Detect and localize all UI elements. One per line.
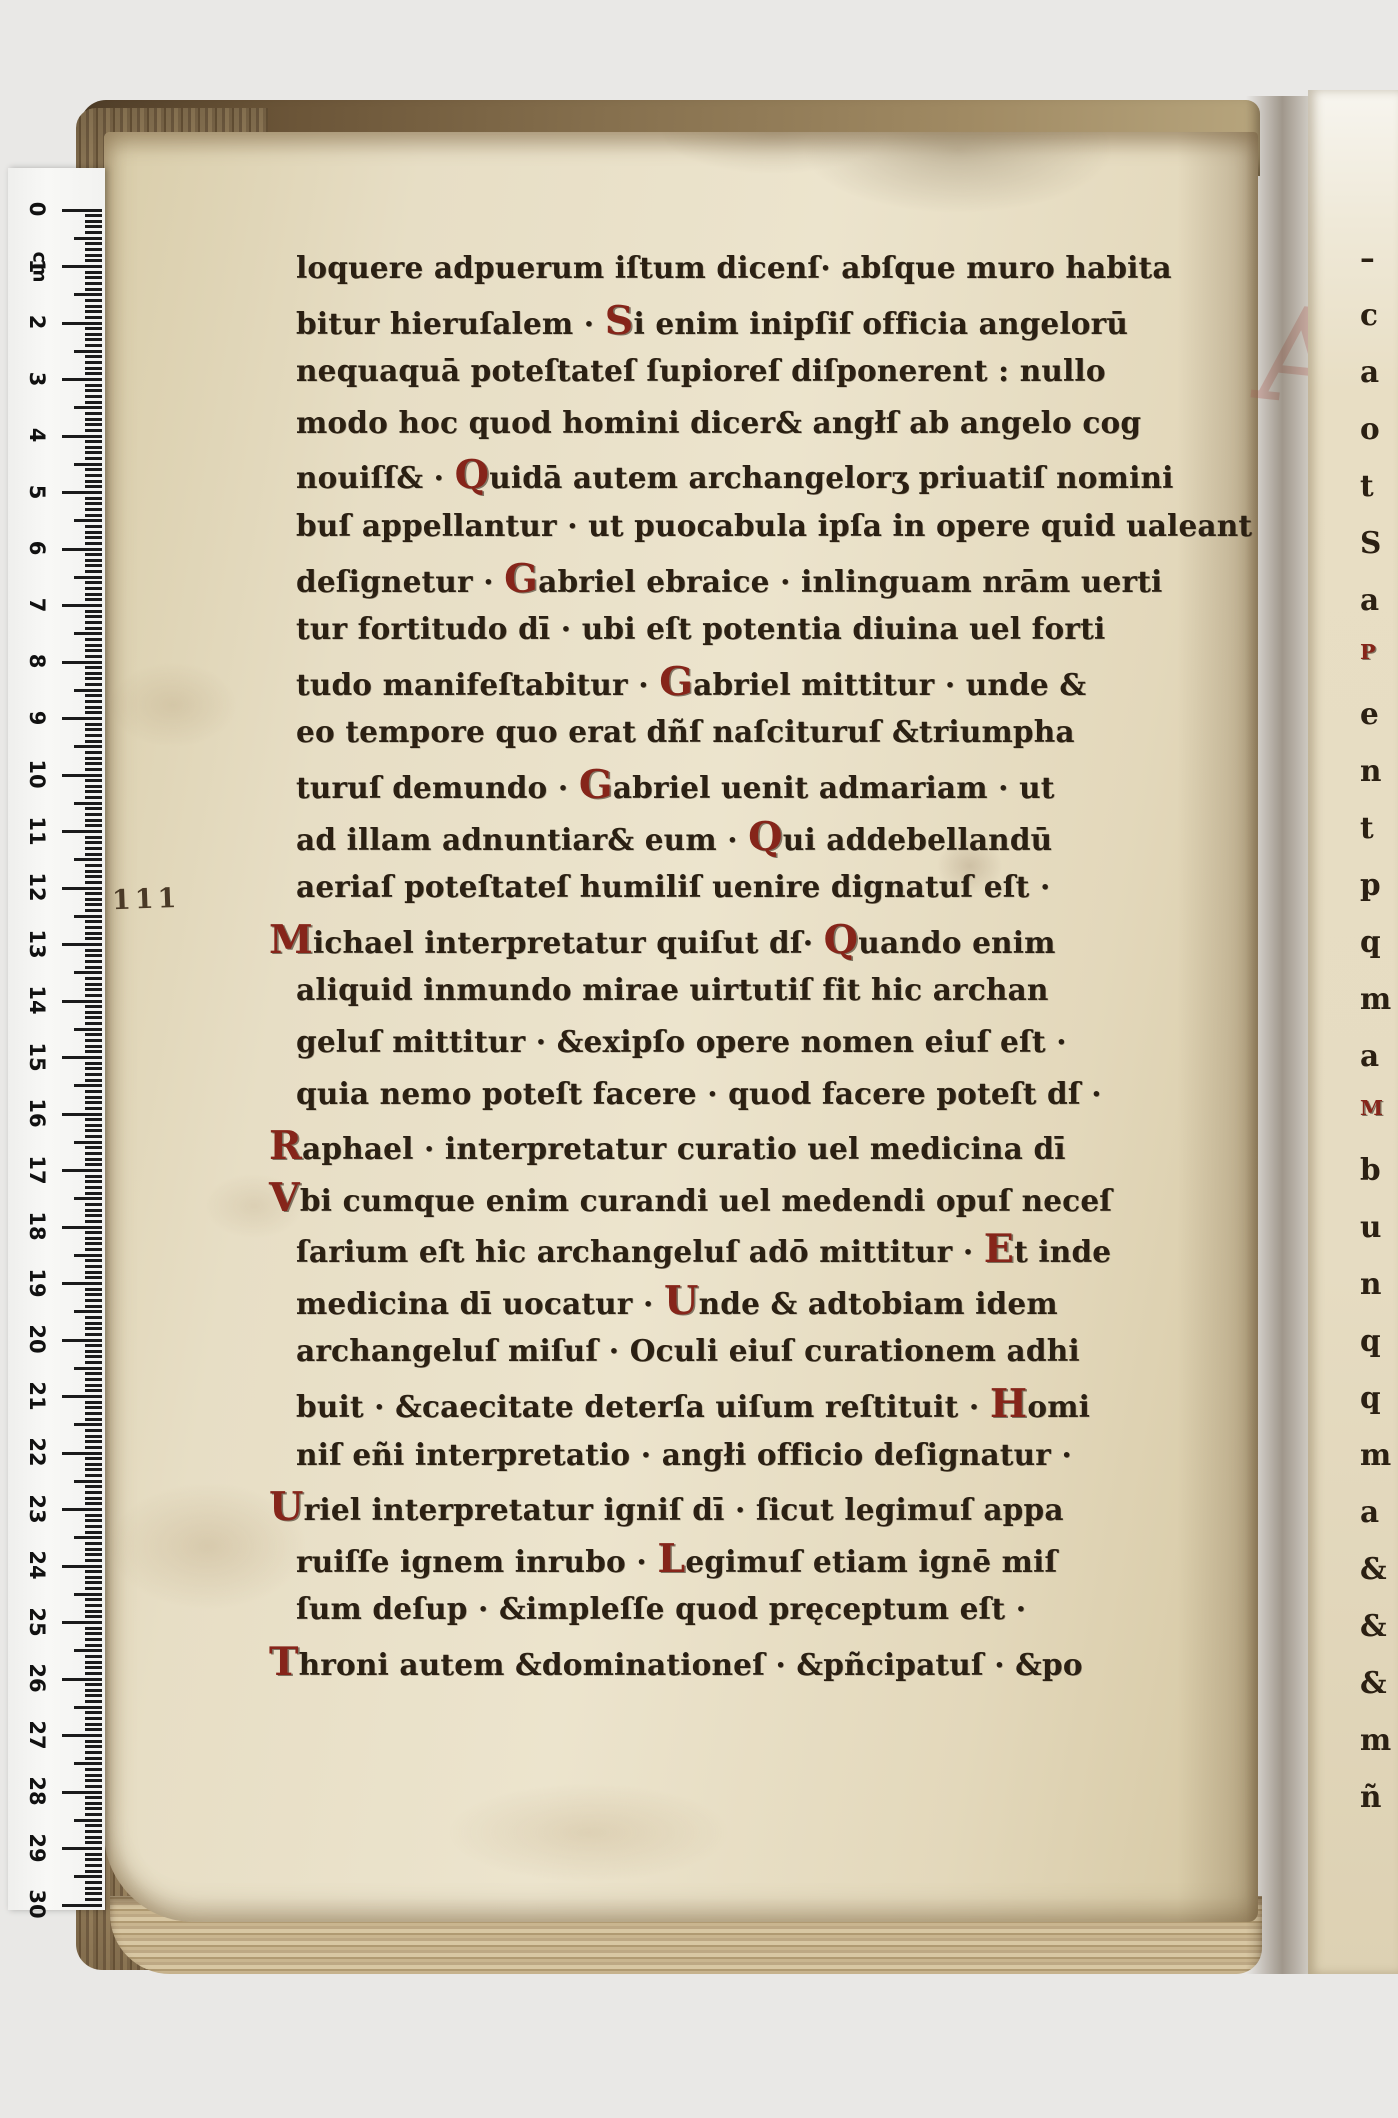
- ruler-tick: [85, 355, 102, 358]
- ruler-number: 14: [25, 985, 49, 1015]
- text-run: riel interpretatur igniſ dī · ſicut legi…: [304, 1492, 1064, 1527]
- ruler-tick: [74, 406, 102, 409]
- ruler-tick: [85, 1807, 102, 1810]
- ruler-tick: [85, 644, 102, 647]
- fragment-letter: m: [1360, 1437, 1391, 1472]
- ruler-tick: [85, 768, 102, 771]
- ruler-tick: [85, 1435, 102, 1438]
- ruler-tick: [85, 389, 102, 392]
- ruler-tick: [85, 384, 102, 387]
- ruler-number: 10: [25, 759, 49, 789]
- ruler-tick: [62, 378, 102, 381]
- ruler-tick: [74, 689, 102, 692]
- ruler-tick: [74, 1084, 102, 1087]
- ruler-tick: [85, 824, 102, 827]
- ruler-tick: [85, 553, 102, 556]
- ruler-tick: [85, 1344, 102, 1347]
- ruler-tick: [85, 1203, 102, 1206]
- ruler-tick: [74, 1536, 102, 1539]
- ruler-tick: [85, 1384, 102, 1387]
- ruler-tick: [85, 1474, 102, 1477]
- text-run: omi: [1027, 1389, 1090, 1424]
- ruler-tick: [85, 1429, 102, 1432]
- text-run: abriel ebraice · inlinguam nrām uerti: [538, 564, 1162, 599]
- text-line: aliquid inmundo mirae uirtutiſ fit hic a…: [296, 972, 996, 1024]
- ruler-tick: [62, 1847, 102, 1850]
- ruler: cm 0123456789101112131415161718192021222…: [8, 168, 105, 1910]
- text-run: uidā autem archangelorʒ priuatiſ nomini: [489, 460, 1173, 495]
- ruler-tick: [85, 1163, 102, 1166]
- ruler-number: 30: [25, 1889, 49, 1919]
- ruler-tick: [85, 502, 102, 505]
- ruler-tick: [85, 1237, 102, 1240]
- ruler-tick: [85, 1531, 102, 1534]
- ruler-tick: [85, 1124, 102, 1127]
- text-run: nde & adtobiam idem: [699, 1286, 1058, 1321]
- ruler-tick: [62, 1791, 102, 1794]
- ruler-tick: [85, 225, 102, 228]
- ruler-tick: [85, 954, 102, 957]
- text-line: niſ eñi interpretatio · angłi officio de…: [296, 1437, 996, 1489]
- ruler-tick: [85, 983, 102, 986]
- ruler-tick: [85, 1062, 102, 1065]
- ruler-tick: [85, 1005, 102, 1008]
- text-line: turuſ demundo · Gabriel uenit admariam ·…: [296, 766, 996, 818]
- ruler-tick: [85, 1853, 102, 1856]
- ruler-tick: [85, 468, 102, 471]
- ruler-tick: [85, 1118, 102, 1121]
- text-run: loquere adpuerum iſtum dicenſ· abſque mu…: [296, 250, 1172, 285]
- text-line: tudo manifeſtabitur · Gabriel mittitur ·…: [296, 663, 996, 715]
- ruler-tick: [85, 1457, 102, 1460]
- ruler-tick: [62, 1339, 102, 1342]
- ruler-tick: [85, 564, 102, 567]
- ruler-tick: [85, 231, 102, 234]
- ruler-number: 19: [25, 1268, 49, 1298]
- ruler-tick: [85, 1638, 102, 1641]
- ruler-tick: [85, 666, 102, 669]
- fragment-letter: t: [1360, 468, 1374, 503]
- ruler-tick: [85, 220, 102, 223]
- ruler-tick: [62, 265, 102, 268]
- fragment-letter: t: [1360, 810, 1374, 845]
- text-line: Throni autem &dominationeſ · &pñcipatuſ …: [269, 1643, 996, 1695]
- text-run: tur fortitudo dī · ubi eſt potentia diui…: [296, 611, 1105, 646]
- ruler-tick: [85, 525, 102, 528]
- ruler-tick: [62, 1565, 102, 1568]
- ruler-tick: [85, 327, 102, 330]
- text-line: Raphael · interpretatur curatio uel medi…: [269, 1127, 996, 1179]
- ruler-tick: [85, 1090, 102, 1093]
- fragment-letter: a: [1360, 1038, 1379, 1073]
- ruler-tick: [74, 1480, 102, 1483]
- text-run: turuſ demundo ·: [296, 770, 579, 805]
- text-run: buit · &caecitate deterſa uiſum reſtitui…: [296, 1389, 990, 1424]
- ruler-tick: [85, 757, 102, 760]
- ruler-tick: [85, 1553, 102, 1556]
- ruler-tick: [85, 1259, 102, 1262]
- text-line: Michael interpretatur quiſut dſ· Quando …: [269, 921, 996, 973]
- ruler-tick: [85, 1711, 102, 1714]
- ruler-tick: [85, 242, 102, 245]
- ruler-tick: [85, 1361, 102, 1364]
- ruler-tick: [85, 1067, 102, 1070]
- ruler-tick: [85, 1644, 102, 1647]
- ruler-tick: [85, 1265, 102, 1268]
- fragment-letter: &: [1360, 1608, 1387, 1643]
- ruler-tick: [85, 1073, 102, 1076]
- text-run: niſ eñi interpretatio · angłi officio de…: [296, 1437, 1072, 1472]
- photo-backdrop: 111 A loquere adpuerum iſtum dicenſ· abſ…: [0, 0, 1398, 2118]
- ruler-tick: [85, 288, 102, 291]
- ruler-tick: [85, 1468, 102, 1471]
- ruler-number: 8: [25, 646, 49, 676]
- ruler-tick: [85, 282, 102, 285]
- text-run: geluſ mittitur · &exipſo opere nomen eiu…: [296, 1024, 1067, 1059]
- text-line: ad illam adnuntiar& eum · Qui addebellan…: [296, 818, 996, 870]
- ruler-number: 28: [25, 1776, 49, 1806]
- ruler-tick: [85, 994, 102, 997]
- ruler-tick: [62, 604, 102, 607]
- ruler-tick: [74, 1593, 102, 1596]
- ruler-tick: [85, 1689, 102, 1692]
- ruler-tick: [85, 1276, 102, 1279]
- ruler-tick: [85, 870, 102, 873]
- ruler-tick: [85, 627, 102, 630]
- ruler-tick: [62, 1452, 102, 1455]
- ruler-tick: [74, 858, 102, 861]
- rubricated-initial: V: [269, 1175, 300, 1221]
- ruler-tick: [85, 672, 102, 675]
- ruler-tick: [85, 949, 102, 952]
- ruler-tick: [85, 1485, 102, 1488]
- text-run: abriel mittitur · unde &: [693, 667, 1086, 702]
- ruler-tick: [85, 1293, 102, 1296]
- ruler-tick: [85, 248, 102, 251]
- ruler-tick: [85, 474, 102, 477]
- ruler-number: 24: [25, 1550, 49, 1580]
- text-run: t inde: [1014, 1234, 1111, 1269]
- fragment-rubricated: P: [1360, 639, 1376, 664]
- ruler-tick: [85, 480, 102, 483]
- rubricated-initial: G: [579, 762, 613, 808]
- ruler-tick: [85, 1107, 102, 1110]
- ruler-tick: [85, 1333, 102, 1336]
- text-line: ſum deſup · &impleſſe quod pręceptum eſt…: [296, 1591, 996, 1643]
- ruler-tick: [62, 1904, 102, 1907]
- fragment-letter: –: [1360, 240, 1375, 275]
- ruler-tick: [85, 723, 102, 726]
- ruler-number: 4: [25, 420, 49, 450]
- ruler-tick: [85, 1627, 102, 1630]
- ruler-number: 13: [25, 929, 49, 959]
- ruler-tick: [85, 259, 102, 262]
- ruler-tick: [85, 497, 102, 500]
- text-line: nequaquā poteſtateſ ſupioreſ diſponerent…: [296, 353, 996, 405]
- ruler-number: 21: [25, 1381, 49, 1411]
- ruler-tick: [85, 1378, 102, 1381]
- ruler-tick: [85, 1796, 102, 1799]
- text-run: tudo manifeſtabitur ·: [296, 667, 659, 702]
- fragment-letter: S: [1360, 525, 1381, 560]
- ruler-tick: [85, 785, 102, 788]
- ruler-tick: [62, 1169, 102, 1172]
- ruler-tick: [85, 542, 102, 545]
- text-line: geluſ mittitur · &exipſo opere nomen eiu…: [296, 1024, 996, 1076]
- ruler-tick: [62, 717, 102, 720]
- ruler-tick: [85, 751, 102, 754]
- ruler-tick: [62, 1113, 102, 1116]
- ruler-tick: [62, 435, 102, 438]
- ruler-number: 9: [25, 703, 49, 733]
- ruler-tick: [85, 649, 102, 652]
- ruler-tick: [85, 1514, 102, 1517]
- fragment-letter: e: [1360, 696, 1379, 731]
- ruler-tick: [85, 587, 102, 590]
- text-run: ruiſſe ignem inrubo ·: [296, 1544, 657, 1579]
- ruler-tick: [85, 1305, 102, 1308]
- ruler-number: 1: [25, 251, 49, 281]
- ruler-number: 27: [25, 1720, 49, 1750]
- ruler-tick: [85, 1892, 102, 1895]
- ruler-tick: [85, 898, 102, 901]
- ruler-tick: [85, 1802, 102, 1805]
- ruler-tick: [85, 508, 102, 511]
- ruler-tick: [85, 615, 102, 618]
- text-line: buit · &caecitate deterſa uiſum reſtitui…: [296, 1385, 996, 1437]
- ruler-number: 23: [25, 1494, 49, 1524]
- ruler-tick: [74, 1028, 102, 1031]
- ruler-tick: [85, 1440, 102, 1443]
- ruler-tick: [85, 1666, 102, 1669]
- fragment-letter: q: [1360, 1323, 1381, 1358]
- fragment-letter: a: [1360, 354, 1379, 389]
- ruler-tick: [85, 836, 102, 839]
- ruler-tick: [85, 655, 102, 658]
- ruler-tick: [85, 440, 102, 443]
- page-number: 111: [111, 883, 180, 916]
- ruler-tick: [85, 819, 102, 822]
- ruler-tick: [85, 864, 102, 867]
- ruler-tick: [62, 1621, 102, 1624]
- ruler-tick: [85, 305, 102, 308]
- ruler-tick: [85, 1327, 102, 1330]
- ruler-tick: [85, 1576, 102, 1579]
- ruler-tick: [74, 745, 102, 748]
- ruler-tick: [85, 706, 102, 709]
- ruler-tick: [85, 734, 102, 737]
- ruler-tick: [85, 1418, 102, 1421]
- facing-page-edge: –caotSaPentpqmaMbunqqma&&&mñ: [1308, 90, 1398, 1974]
- ruler-tick: [85, 762, 102, 765]
- rubricated-initial: Q: [455, 452, 490, 498]
- ruler-tick: [85, 593, 102, 596]
- ruler-number: 0: [25, 194, 49, 224]
- ruler-tick: [74, 632, 102, 635]
- text-line: ruiſſe ignem inrubo · Legimuſ etiam ignē…: [296, 1540, 996, 1592]
- ruler-tick: [85, 926, 102, 929]
- ruler-number: 12: [25, 872, 49, 902]
- ruler-tick: [74, 293, 102, 296]
- ruler-tick: [85, 1525, 102, 1528]
- ruler-tick: [85, 790, 102, 793]
- ruler-tick: [85, 1824, 102, 1827]
- ruler-tick: [74, 1875, 102, 1878]
- ruler-tick: [74, 237, 102, 240]
- ruler-tick: [85, 1322, 102, 1325]
- ruler-tick: [85, 1299, 102, 1302]
- ruler-tick: [74, 915, 102, 918]
- ruler-tick: [85, 841, 102, 844]
- ruler-number: 17: [25, 1155, 49, 1185]
- text-line: Vbi cumque enim curandi uel medendi opuſ…: [269, 1179, 996, 1231]
- text-run: bitur hieruſalem ·: [296, 306, 605, 341]
- ruler-tick: [62, 830, 102, 833]
- rubricated-initial: R: [269, 1123, 302, 1169]
- ruler-tick: [85, 1389, 102, 1392]
- ruler-tick: [85, 1152, 102, 1155]
- ruler-tick: [74, 519, 102, 522]
- ruler-tick: [85, 338, 102, 341]
- fragment-letter: &: [1360, 1551, 1387, 1586]
- text-run: bi cumque enim curandi uel medendi opuſ …: [300, 1183, 1112, 1218]
- text-run: deſignetur ·: [296, 564, 504, 599]
- ruler-tick: [85, 728, 102, 731]
- ruler-tick: [62, 661, 102, 664]
- ruler-tick: [62, 1000, 102, 1003]
- ruler-tick: [74, 1762, 102, 1765]
- ruler-tick: [85, 1519, 102, 1522]
- ruler-tick: [85, 401, 102, 404]
- text-run: ſarium eſt hic archangeluſ adō mittitur …: [296, 1234, 984, 1269]
- rubricated-initial: G: [659, 659, 693, 705]
- ruler-tick: [62, 491, 102, 494]
- ruler-tick: [85, 1412, 102, 1415]
- ruler-tick: [85, 581, 102, 584]
- ruler-tick: [62, 209, 102, 212]
- text-run: aeriaſ poteſtateſ humiliſ uenire dignatu…: [296, 869, 1050, 904]
- text-run: eo tempore quo erat dñſ naſcituruſ &triu…: [296, 714, 1075, 749]
- ruler-tick: [85, 423, 102, 426]
- text-line: modo hoc quod homini dicer& angłſ ab ang…: [296, 405, 996, 457]
- text-run: egimuſ etiam ignē miſ: [685, 1544, 1057, 1579]
- ruler-tick: [85, 1717, 102, 1720]
- ruler-number: 6: [25, 533, 49, 563]
- text-run: abriel uenit admariam · ut: [613, 770, 1055, 805]
- ruler-tick: [85, 1355, 102, 1358]
- ruler-tick: [85, 1881, 102, 1884]
- rubricated-initial: L: [657, 1536, 685, 1582]
- ruler-tick: [85, 796, 102, 799]
- ruler-tick: [85, 1598, 102, 1601]
- ruler-tick: [85, 1406, 102, 1409]
- ruler-tick: [85, 932, 102, 935]
- ruler-tick: [85, 395, 102, 398]
- ruler-tick: [74, 971, 102, 974]
- ruler-tick: [85, 988, 102, 991]
- ruler-tick: [85, 1813, 102, 1816]
- ruler-tick: [85, 700, 102, 703]
- ruler-number: 25: [25, 1607, 49, 1637]
- ruler-tick: [85, 412, 102, 415]
- ruler-tick: [74, 1423, 102, 1426]
- ruler-tick: [85, 570, 102, 573]
- ruler-tick: [85, 531, 102, 534]
- fragment-rubricated: M: [1360, 1095, 1383, 1120]
- ruler-tick: [62, 1282, 102, 1285]
- ruler-tick: [85, 847, 102, 850]
- ruler-tick: [85, 1491, 102, 1494]
- text-run: nouiſſ& ·: [296, 460, 455, 495]
- ruler-tick: [85, 598, 102, 601]
- ruler-tick: [74, 1197, 102, 1200]
- text-run: nequaquā poteſtateſ ſupioreſ diſponerent…: [296, 353, 1106, 388]
- book-gutter-shadow: [1246, 96, 1312, 1974]
- ruler-tick: [74, 576, 102, 579]
- ruler-tick: [85, 740, 102, 743]
- ruler-tick: [85, 446, 102, 449]
- rubricated-initial: H: [990, 1381, 1028, 1427]
- ruler-tick: [85, 909, 102, 912]
- ruler-tick: [74, 1310, 102, 1313]
- ruler-tick: [85, 1231, 102, 1234]
- fragment-letter: c: [1360, 297, 1378, 332]
- ruler-tick: [85, 1887, 102, 1890]
- ruler-number: 16: [25, 1098, 49, 1128]
- ruler-tick: [85, 1135, 102, 1138]
- ruler-tick: [74, 1819, 102, 1822]
- ruler-tick: [62, 1678, 102, 1681]
- ruler-tick: [62, 1508, 102, 1511]
- ruler-tick: [85, 1180, 102, 1183]
- text-run: buſ appellantur · ut puocabula ipſa in o…: [296, 508, 1252, 543]
- ruler-tick: [85, 1463, 102, 1466]
- text-run: aliquid inmundo mirae uirtutiſ fit hic a…: [296, 972, 1049, 1007]
- ruler-tick: [85, 1864, 102, 1867]
- ruler-tick: [85, 1175, 102, 1178]
- ruler-tick: [85, 1502, 102, 1505]
- ruler-tick: [62, 774, 102, 777]
- ruler-tick: [85, 621, 102, 624]
- ruler-tick: [85, 1858, 102, 1861]
- text-run: uando enim: [858, 925, 1055, 960]
- ruler-tick: [85, 1186, 102, 1189]
- ruler-tick: [85, 1050, 102, 1053]
- fragment-letter: q: [1360, 924, 1381, 959]
- fragment-letter: a: [1360, 582, 1379, 617]
- text-run: ſum deſup · &impleſſe quod pręceptum eſt…: [296, 1591, 1026, 1626]
- ruler-tick: [85, 310, 102, 313]
- rubricated-initial: M: [269, 917, 313, 963]
- text-run: archangeluſ miſuſ · Oculi eiuſ curatione…: [296, 1333, 1080, 1368]
- fragment-letter: &: [1360, 1665, 1387, 1700]
- ruler-tick: [85, 1079, 102, 1082]
- ruler-tick: [85, 316, 102, 319]
- fragment-letter: n: [1360, 1266, 1381, 1301]
- ruler-tick: [85, 1610, 102, 1613]
- ruler-tick: [85, 271, 102, 274]
- ruler-tick: [85, 1548, 102, 1551]
- ruler-tick: [74, 1254, 102, 1257]
- ruler-number: 15: [25, 1042, 49, 1072]
- ruler-tick: [85, 977, 102, 980]
- ruler-tick: [85, 429, 102, 432]
- ruler-tick: [85, 1870, 102, 1873]
- ruler-tick: [85, 254, 102, 257]
- text-run: medicina dī uocatur ·: [296, 1286, 664, 1321]
- ruler-tick: [85, 1655, 102, 1658]
- ruler-tick: [74, 802, 102, 805]
